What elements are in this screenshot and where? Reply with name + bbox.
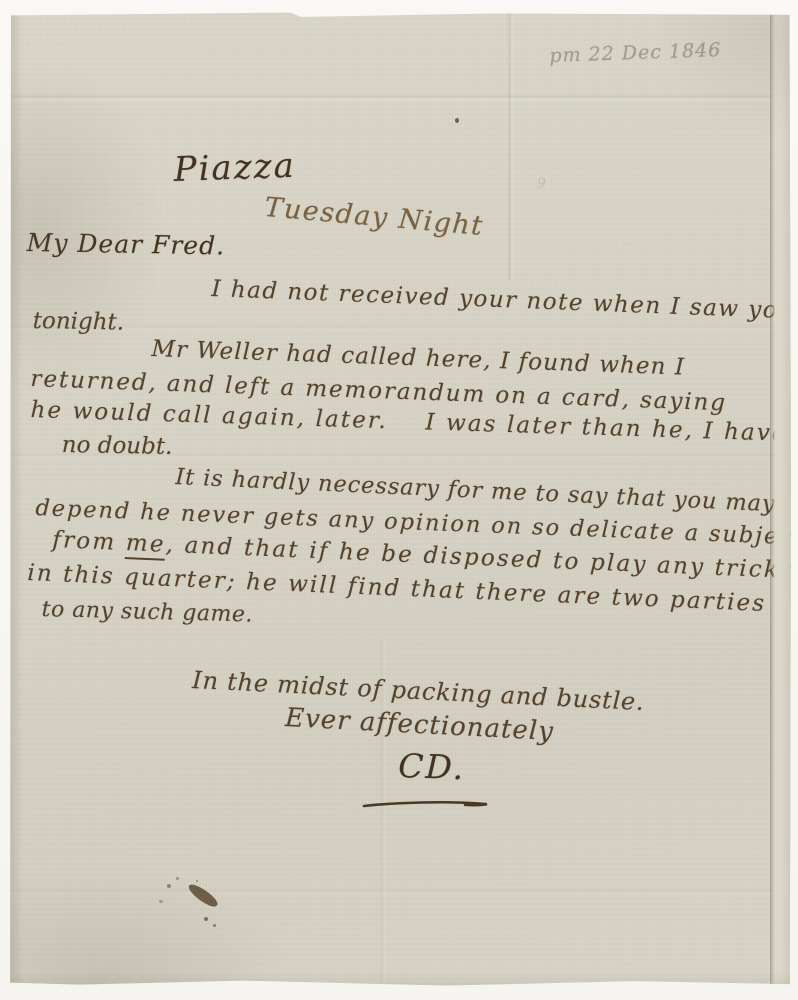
handwritten-line: tonight.	[33, 308, 125, 336]
ink-speck	[204, 917, 208, 921]
ink-speck	[213, 924, 216, 927]
fold-crease-horizontal	[9, 324, 791, 332]
handwritten-line: I had not received your note when I saw …	[211, 276, 795, 324]
pencil-mark: 9	[537, 176, 546, 192]
fold-crease-horizontal	[9, 888, 791, 896]
underlined-word: me	[125, 530, 166, 561]
letter-place: Piazza	[173, 146, 296, 190]
second-leaf-edge	[770, 12, 791, 988]
ink-blot	[186, 881, 220, 911]
fold-crease-horizontal	[9, 94, 791, 102]
ink-speck	[196, 880, 198, 882]
letter-dateline: Tuesday Night	[263, 192, 485, 242]
signature-flourish	[361, 798, 491, 810]
letter-page: pm 22 Dec 1846 9 Piazza Tuesday Night My…	[9, 12, 791, 988]
ink-speck	[167, 884, 171, 888]
pencil-date-annotation: pm 22 Dec 1846	[549, 39, 722, 67]
fold-crease-vertical	[507, 12, 515, 280]
handwritten-line: to any such game.	[41, 597, 253, 628]
letter-salutation: My Dear Fred.	[26, 228, 225, 260]
line-pre-text: from	[52, 527, 127, 556]
ink-speck	[176, 877, 179, 880]
scanned-letter-image: pm 22 Dec 1846 9 Piazza Tuesday Night My…	[0, 0, 798, 1000]
signature: CD.	[398, 746, 466, 787]
closing-line: In the midst of packing and bustle.	[192, 666, 646, 716]
ink-speck	[159, 900, 163, 903]
ink-speck	[455, 118, 459, 123]
handwritten-line: no doubt.	[62, 432, 173, 460]
